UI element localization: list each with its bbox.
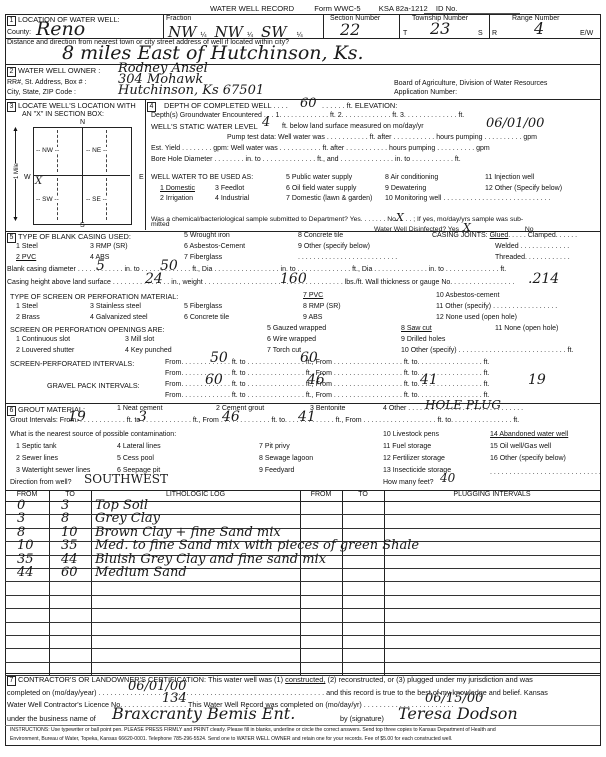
contam-3[interactable]: 3 Watertight sewer lines	[16, 467, 90, 474]
quadrant-se-label: SE	[92, 196, 101, 203]
ft-dia: ft., Dia	[192, 266, 212, 273]
contam-12[interactable]: 12 Fertilizer storage	[383, 455, 445, 462]
application-number-label: Application Number:	[394, 89, 457, 96]
ksa-ref: KSA 82a-1212	[379, 4, 428, 13]
ft-to: ft. to.	[404, 392, 420, 399]
grout-to-2[interactable]: 41	[298, 409, 316, 425]
range-value[interactable]: 4	[534, 19, 544, 38]
screen-intervals-label: SCREEN-PERFORATED INTERVALS:	[10, 359, 134, 368]
section1-number: 1	[7, 16, 16, 26]
casing-6[interactable]: 6 Asbestos-Cement	[184, 243, 245, 250]
diameter-label: Blank casing diameter	[7, 266, 76, 273]
feet-label: How many feet?	[383, 479, 434, 486]
contam-14[interactable]: 14 Abandoned water well	[490, 431, 568, 438]
contam-1[interactable]: 1 Septic tank	[16, 443, 56, 450]
contam-11[interactable]: 11 Fuel storage	[383, 443, 431, 450]
use-8[interactable]: 8 Air conditioning	[385, 174, 438, 181]
from-label: From	[165, 381, 181, 388]
opening-6[interactable]: 6 Wire wrapped	[267, 336, 316, 343]
ft-to: ft. to	[232, 359, 246, 366]
use-11[interactable]: 11 Injection well	[485, 174, 534, 181]
signature-label: by (signature)	[340, 714, 384, 723]
gw-2: ft. 2.	[330, 112, 344, 119]
quadrant-ne: -- NE --	[86, 147, 107, 154]
board-label: Board of Agriculture, Division of Water …	[394, 80, 547, 87]
screen-6[interactable]: 6 Concrete tile	[184, 314, 229, 321]
screen-12[interactable]: 12 None used (open hole)	[436, 314, 517, 321]
log-row-from[interactable]: 44	[17, 565, 34, 580]
bore-label: Bore Hole Diameter	[151, 156, 212, 163]
well-location-mark: X	[35, 176, 42, 187]
from-label: From	[165, 359, 181, 366]
owner-label: 2WATER WELL OWNER :	[7, 66, 100, 77]
address-label: RR#, St. Address, Box # :	[7, 79, 86, 86]
contam-10[interactable]: 10 Livestock pens	[383, 431, 439, 438]
divider	[163, 14, 164, 38]
id-label: ID No.	[436, 4, 458, 13]
contam-16[interactable]: 16 Other (specify below)	[490, 455, 566, 462]
section3-title-text: LOCATE WELL'S LOCATION WITH	[18, 101, 136, 110]
grout-from-1[interactable]: 19	[68, 409, 86, 425]
screen-2[interactable]: 2 Brass	[16, 314, 40, 321]
bore-row: Bore Hole Diameter . . . . . . . . in. t…	[151, 156, 461, 163]
instructions-line-2: Environment, Bureau of Water, Topeka, Ka…	[10, 736, 452, 742]
height-row: Casing height above land surface . . . .…	[7, 279, 514, 286]
log-header-6: PLUGGING INTERVALS	[384, 491, 600, 498]
log-row-line	[5, 595, 600, 596]
ft-to: ft. to.	[404, 370, 420, 377]
section-box-hline	[33, 175, 130, 176]
sample-question: Was a chemical/bacteriological sample su…	[151, 216, 363, 223]
range-r: R	[492, 30, 497, 37]
fraction-label: Fraction	[166, 15, 191, 22]
casing-8[interactable]: 8 Concrete tile	[298, 232, 343, 239]
log-row-to[interactable]: 60	[61, 565, 78, 580]
gravel-to-1[interactable]: 46	[307, 372, 325, 388]
screen-11[interactable]: 11 Other (specify) . . . . . . . . . . .…	[436, 303, 557, 310]
log-row-line	[5, 635, 600, 636]
casing-1[interactable]: 1 Steel	[16, 243, 38, 250]
quadrant-ne-label: NE	[92, 147, 101, 154]
grout-4-label: 4 Other	[383, 405, 406, 412]
section5-number: 5	[7, 233, 16, 243]
county-value[interactable]: Reno	[36, 18, 85, 40]
casing-title: 5TYPE OF BLANK CASING USED:	[7, 232, 131, 243]
licence-label: Water Well Contractor's Licence No.	[7, 700, 122, 709]
in-to: in. to	[125, 266, 140, 273]
joints-row: CASING JOINTS: Glued. . . . . Clamped. .…	[432, 232, 577, 239]
ft-after: ft. after	[322, 145, 344, 152]
township-value[interactable]: 23	[430, 19, 450, 38]
screen-4[interactable]: 4 Galvanized steel	[90, 314, 148, 321]
ft-and: ft., and	[317, 156, 338, 163]
screen-to-1[interactable]: 60	[300, 350, 318, 366]
in-to: in. to	[246, 156, 261, 163]
use-2[interactable]: 2 Irrigation	[160, 195, 193, 202]
hours-pumping: hours pumping	[389, 145, 435, 152]
opening-8[interactable]: 8 Saw cut	[401, 325, 432, 332]
gw-1: 1.	[276, 112, 282, 119]
opening-10[interactable]: 10 Other (specify) . . . . . . . . . . .…	[401, 347, 573, 354]
submitted-label: mitted	[151, 221, 170, 228]
log-row-line	[5, 581, 600, 582]
ft-from: ft., From	[306, 392, 332, 399]
joint-threaded[interactable]: Threaded. . . . . . . . . . . .	[495, 254, 570, 261]
gw-3: ft. 3.	[392, 112, 406, 119]
signature-value[interactable]: Teresa Dodson	[398, 704, 518, 723]
screen-from-1[interactable]: 50	[210, 350, 228, 366]
pump-test-row: Pump test data: Well water was . . . . .…	[227, 134, 537, 141]
opening-2[interactable]: 2 Louvered shutter	[16, 347, 74, 354]
divider	[5, 64, 600, 65]
yield-label: Est. Yield	[151, 145, 180, 152]
from-label: From	[165, 370, 181, 377]
casing-5[interactable]: 5 Wrought iron	[184, 232, 230, 239]
screen-3[interactable]: 3 Stainless steel	[90, 303, 141, 310]
screen-1[interactable]: 1 Steel	[16, 303, 38, 310]
contam-other-field[interactable]: . . . . . . . . . . . . . . . . . . . . …	[490, 469, 601, 476]
form-title-text: WATER WELL RECORD	[210, 4, 294, 13]
township-t: T	[403, 30, 407, 37]
opening-4[interactable]: 4 Key punched	[125, 347, 172, 354]
in-to: in. to	[429, 266, 444, 273]
opening-11[interactable]: 11 None (open hole)	[495, 325, 558, 332]
joint-clamped[interactable]: Clamped	[528, 232, 556, 239]
divider	[5, 673, 600, 674]
section3-subtitle: AN "X" IN SECTION BOX:	[22, 111, 104, 118]
cert-constructed[interactable]: constructed,	[285, 675, 325, 684]
gravel-intervals-label: GRAVEL PACK INTERVALS:	[47, 381, 140, 390]
opening-5[interactable]: 5 Gauzed wrapped	[267, 325, 326, 332]
divider	[145, 99, 146, 230]
contam-9[interactable]: 9 Feedyard	[259, 467, 294, 474]
gw-label: Depth(s) Groundwater Encountered	[151, 112, 262, 119]
gw-ft: ft.	[458, 112, 464, 119]
mile-label: 1 Mile	[14, 163, 20, 179]
log-row-line	[5, 622, 600, 623]
depth-label: 4DEPTH OF COMPLETED WELL . . . .	[147, 101, 288, 112]
openings-title: SCREEN OR PERFORATION OPENINGS ARE:	[10, 325, 164, 334]
opening-8-label: 8 Saw cut	[401, 325, 432, 332]
log-header-5: TO	[342, 491, 384, 498]
section3-number: 3	[7, 102, 16, 112]
depth-label-text: DEPTH OF COMPLETED WELL	[164, 101, 271, 110]
casing-title-text: TYPE OF BLANK CASING USED:	[18, 232, 131, 241]
quadrant-nw-label: NW	[42, 147, 53, 154]
gravel-from-2[interactable]: 41	[420, 372, 438, 388]
section-number-value[interactable]: 22	[340, 20, 360, 39]
height-value[interactable]: 24	[145, 271, 163, 287]
diameter-value[interactable]: 5	[96, 258, 105, 274]
screen-title: TYPE OF SCREEN OR PERFORATION MATERIAL:	[10, 292, 178, 301]
direction-label: Direction from well?	[10, 479, 71, 486]
yield-row: Est. Yield . . . . . . . . gpm: Well wat…	[151, 145, 490, 152]
in-to: in. to	[395, 156, 410, 163]
contam-8[interactable]: 8 Sewage lagoon	[259, 455, 313, 462]
log-header-3: LITHOLOGIC LOG	[91, 491, 300, 498]
opening-10-label: 10 Other (specify)	[401, 347, 457, 354]
joint-glued[interactable]: Glued	[490, 232, 509, 239]
use-1-label: 1 Domestic	[160, 185, 195, 192]
quadrant-sw: -- SW --	[36, 196, 59, 203]
log-row-line	[5, 648, 600, 649]
use-5[interactable]: 5 Public water supply	[286, 174, 352, 181]
gravel-to-2[interactable]: 19	[528, 372, 546, 388]
gauge-value[interactable]: .214	[528, 271, 559, 287]
feet-value[interactable]: 40	[440, 471, 455, 485]
use-6[interactable]: 6 Oil field water supply	[286, 185, 356, 192]
use-3[interactable]: 3 Feedlot	[215, 185, 244, 192]
depth-value[interactable]: 60	[300, 96, 317, 111]
east-label: E	[139, 174, 144, 181]
log-header-1: FROM	[5, 491, 49, 498]
casing-2-label: 2 PVC	[16, 254, 36, 261]
ft-to: ft. to	[232, 381, 246, 388]
casing-7[interactable]: 7 Fiberglass	[184, 254, 222, 261]
screen-7-label: 7 PVC	[303, 292, 323, 299]
divider	[5, 725, 600, 726]
screen-7[interactable]: 7 PVC	[303, 292, 323, 299]
grout-from-2[interactable]: 46	[222, 409, 240, 425]
quadrant-sw-label: SW	[42, 196, 52, 203]
use-label: WELL WATER TO BE USED AS:	[151, 174, 253, 181]
cert-text2: (2) reconstructed, or (3) plugged under …	[327, 675, 532, 684]
cert-text1: This water well was (1)	[208, 675, 283, 684]
contam-7[interactable]: 7 Pit privy	[259, 443, 290, 450]
casing-other-field[interactable]: . . . . . . . . . . . . . . . . . . . . …	[298, 254, 397, 261]
use-9[interactable]: 9 Dewatering	[385, 185, 426, 192]
casing-2[interactable]: 2 PVC	[16, 254, 36, 261]
ft-after: ft. after	[370, 134, 392, 141]
log-header-4: FROM	[300, 491, 342, 498]
arrow-up-icon: ▲	[12, 126, 19, 133]
certification-row-1: 7CONTRACTOR'S OR LANDOWNER'S CERTIFICATI…	[7, 675, 533, 686]
contam-15[interactable]: 15 Oil well/Gas well	[490, 443, 551, 450]
grout-to-1[interactable]: 3	[138, 409, 147, 425]
instructions-line-1: INSTRUCTIONS: Use typewriter or ball poi…	[10, 727, 496, 733]
ft-to: ft. to	[232, 392, 246, 399]
range-ew: E/W	[580, 30, 593, 37]
ft: ft.	[455, 156, 461, 163]
arrow-down-icon: ▼	[12, 216, 19, 223]
joints-label: CASING JOINTS:	[432, 232, 488, 239]
lbs-label: lbs./ft. Wall thickness or gauge No.	[345, 279, 453, 286]
grout-intervals-label: Grout Intervals: From	[10, 417, 76, 424]
section6-number: 6	[7, 406, 16, 416]
north-label: N	[80, 119, 85, 126]
divider	[489, 14, 490, 38]
ft: ft.	[500, 266, 506, 273]
screen-10[interactable]: 10 Asbestos-cement	[436, 292, 499, 299]
use-12[interactable]: 12 Other (Specify below)	[485, 185, 562, 192]
quadrant-se: -- SE --	[86, 196, 107, 203]
use-10[interactable]: 10 Monitoring well . . . . . . . . . . .…	[385, 195, 550, 202]
divider	[5, 403, 600, 404]
ft-to: ft. to.	[404, 359, 420, 366]
section4-number: 4	[147, 102, 156, 112]
section2-number: 2	[7, 67, 16, 77]
owner-label-text: WATER WELL OWNER :	[18, 66, 100, 75]
use-4[interactable]: 4 Industrial	[215, 195, 249, 202]
ft-dia: ft., Dia	[352, 266, 372, 273]
gw-row: Depth(s) Groundwater Encountered . . . 1…	[151, 112, 464, 119]
static-level-value[interactable]: 4	[262, 115, 270, 130]
use-10-label: 10 Monitoring well	[385, 195, 441, 202]
business-label: under the business name of	[7, 714, 96, 723]
from-label: From	[165, 392, 181, 399]
divider	[399, 14, 400, 38]
yield-gpm: gpm: Well water was	[213, 145, 277, 152]
township-s: S	[478, 30, 483, 37]
elevation-label-text: ft. ELEVATION:	[347, 101, 398, 110]
city-label: City, State, ZIP Code :	[7, 89, 76, 96]
static-level-date[interactable]: 06/01/00	[486, 116, 544, 131]
west-label: W	[24, 174, 31, 181]
distance-value[interactable]: 8 miles East of Hutchinson, Ks.	[62, 42, 364, 64]
in-weight: in., weight	[171, 279, 203, 286]
diameter-row: Blank casing diameter . . . . . . . . . …	[7, 266, 506, 273]
opening-3[interactable]: 3 Mill slot	[125, 336, 154, 343]
screen-5[interactable]: 5 Fiberglass	[184, 303, 222, 310]
use-7[interactable]: 7 Domestic (lawn & garden)	[286, 195, 372, 202]
log-row-description[interactable]: Medium Sand	[95, 565, 187, 580]
joint-threaded-label: Threaded	[495, 254, 525, 261]
opening-9[interactable]: 9 Drilled holes	[401, 336, 445, 343]
elevation-label: . . . . . . ft. ELEVATION:	[322, 101, 397, 110]
log-row-line	[5, 662, 600, 663]
section7-number: 7	[7, 676, 16, 686]
county-label: County:	[7, 29, 31, 36]
casing-3[interactable]: 3 RMP (SR)	[90, 243, 128, 250]
opening-7[interactable]: 7 Torch cut	[267, 347, 301, 354]
grout-other-value[interactable]: HOLE PLUG	[425, 398, 501, 412]
contam-4[interactable]: 4 Lateral lines	[117, 443, 161, 450]
static-level-after: ft. below land surface measured on mo/da…	[282, 123, 424, 130]
gpm: gpm	[476, 145, 490, 152]
gpm: gpm	[523, 134, 537, 141]
contam-2[interactable]: 2 Sewer lines	[16, 455, 58, 462]
ft-to: ft. to.	[404, 381, 420, 388]
height-label: Casing height above land surface	[7, 279, 111, 286]
direction-value[interactable]: SOUTHWEST	[84, 472, 168, 486]
pump-label: Pump test data: Well water was	[227, 134, 325, 141]
divider	[323, 14, 324, 38]
opening-1[interactable]: 1 Continuous slot	[16, 336, 70, 343]
completed-label: completed on (mo/day/year)	[7, 688, 97, 697]
ft-to: ft. to	[232, 370, 246, 377]
grout-intervals-row: Grout Intervals: From. . . . . . . . . .…	[10, 417, 519, 424]
log-header-2: TO	[49, 491, 91, 498]
static-level-label: WELL'S STATIC WATER LEVEL	[151, 122, 258, 131]
business-value[interactable]: Braxcranty Bemis Ent.	[112, 704, 295, 723]
form-title: WATER WELL RECORD Form WWC-5 KSA 82a-121…	[210, 4, 457, 13]
weight-value[interactable]: 160	[280, 271, 307, 287]
screen-8[interactable]: 8 RMP (SR)	[303, 303, 341, 310]
form-number: Form WWC-5	[314, 4, 360, 13]
use-1[interactable]: 1 Domestic	[160, 185, 195, 192]
quadrant-nw: -- NW --	[36, 147, 59, 154]
hours-pumping: hours pumping	[436, 134, 482, 141]
screen-11-label: 11 Other (specify)	[436, 303, 491, 310]
casing-9[interactable]: 9 Other (specify below)	[298, 243, 370, 250]
gravel-from-1[interactable]: 60	[205, 372, 223, 388]
screen-9[interactable]: 9 ABS	[303, 314, 322, 321]
contamination-question: What is the nearest source of possible c…	[10, 431, 176, 438]
contam-5[interactable]: 5 Cess pool	[117, 455, 154, 462]
contam-14-label: 14 Abandoned water well	[490, 431, 568, 438]
log-row-line	[5, 608, 600, 609]
joint-welded-label: Welded	[495, 243, 519, 250]
joint-welded[interactable]: Welded . . . . . . . . . . . . .	[495, 243, 569, 250]
city-value[interactable]: Hutchinson, Ks 67501	[118, 83, 264, 98]
